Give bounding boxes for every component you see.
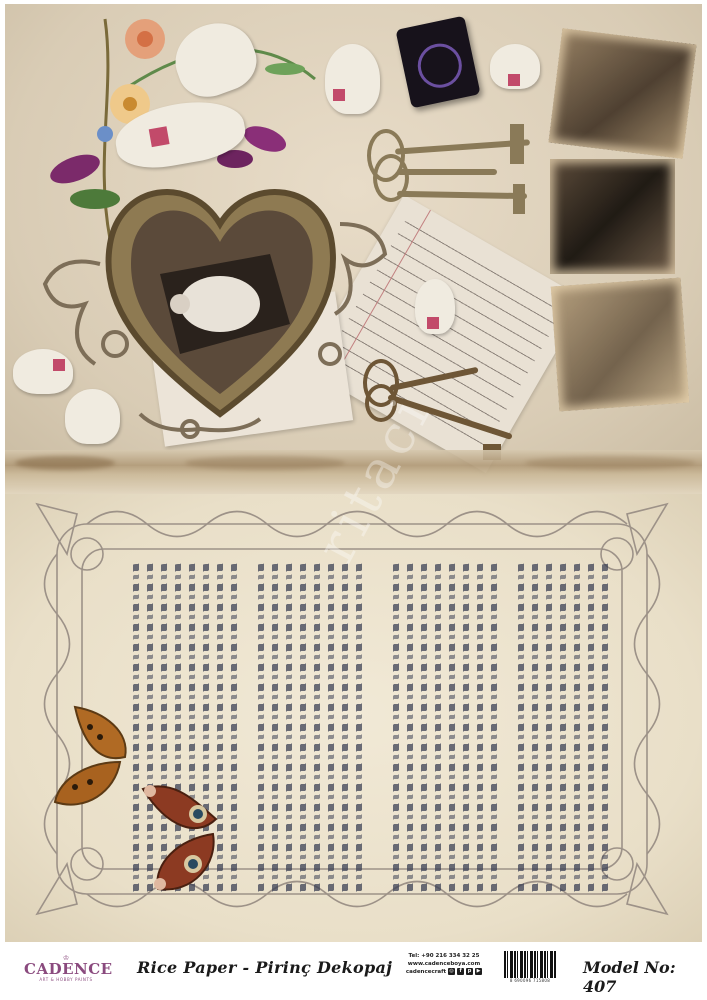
peacock-butterfly xyxy=(138,779,223,899)
instagram-icon[interactable]: ◎ xyxy=(448,968,455,975)
contact-info: Tel: +90 216 334 32 25 www.cadenceboya.c… xyxy=(384,952,504,976)
rice-paper-artwork: ritaci xyxy=(5,4,702,942)
paper-butterfly xyxy=(325,44,380,114)
vintage-photo-woman xyxy=(548,28,696,159)
pinterest-icon[interactable]: p xyxy=(466,968,473,975)
facebook-icon[interactable]: f xyxy=(457,968,464,975)
product-title: Rice Paper - Pirinç Dekopaj xyxy=(137,958,392,977)
website-link[interactable]: www.cadenceboya.com xyxy=(384,960,504,968)
model-number: Model No: 407 xyxy=(583,958,707,996)
social-handle: cadencecraft xyxy=(406,969,446,975)
paper-butterfly xyxy=(490,44,540,89)
barcode-digits: 8 690096 715808 xyxy=(504,978,556,983)
brand-logo: ♔ CADENCE ART & HOBBY PAINTS xyxy=(24,955,108,982)
paper-butterfly xyxy=(13,349,73,394)
tortoiseshell-butterfly xyxy=(45,702,140,817)
vintage-photo-family xyxy=(550,159,675,274)
brand-name: CADENCE xyxy=(24,962,108,977)
paper-butterfly xyxy=(415,279,455,334)
youtube-icon[interactable]: ▶ xyxy=(475,968,482,975)
vintage-photo-girl xyxy=(551,278,689,412)
phone-number: Tel: +90 216 334 32 25 xyxy=(384,952,504,960)
paper-butterfly xyxy=(65,389,120,444)
heart-photo-frame xyxy=(100,154,340,424)
barcode: 8 690096 715808 xyxy=(504,951,556,985)
barcode-bars xyxy=(504,951,556,978)
